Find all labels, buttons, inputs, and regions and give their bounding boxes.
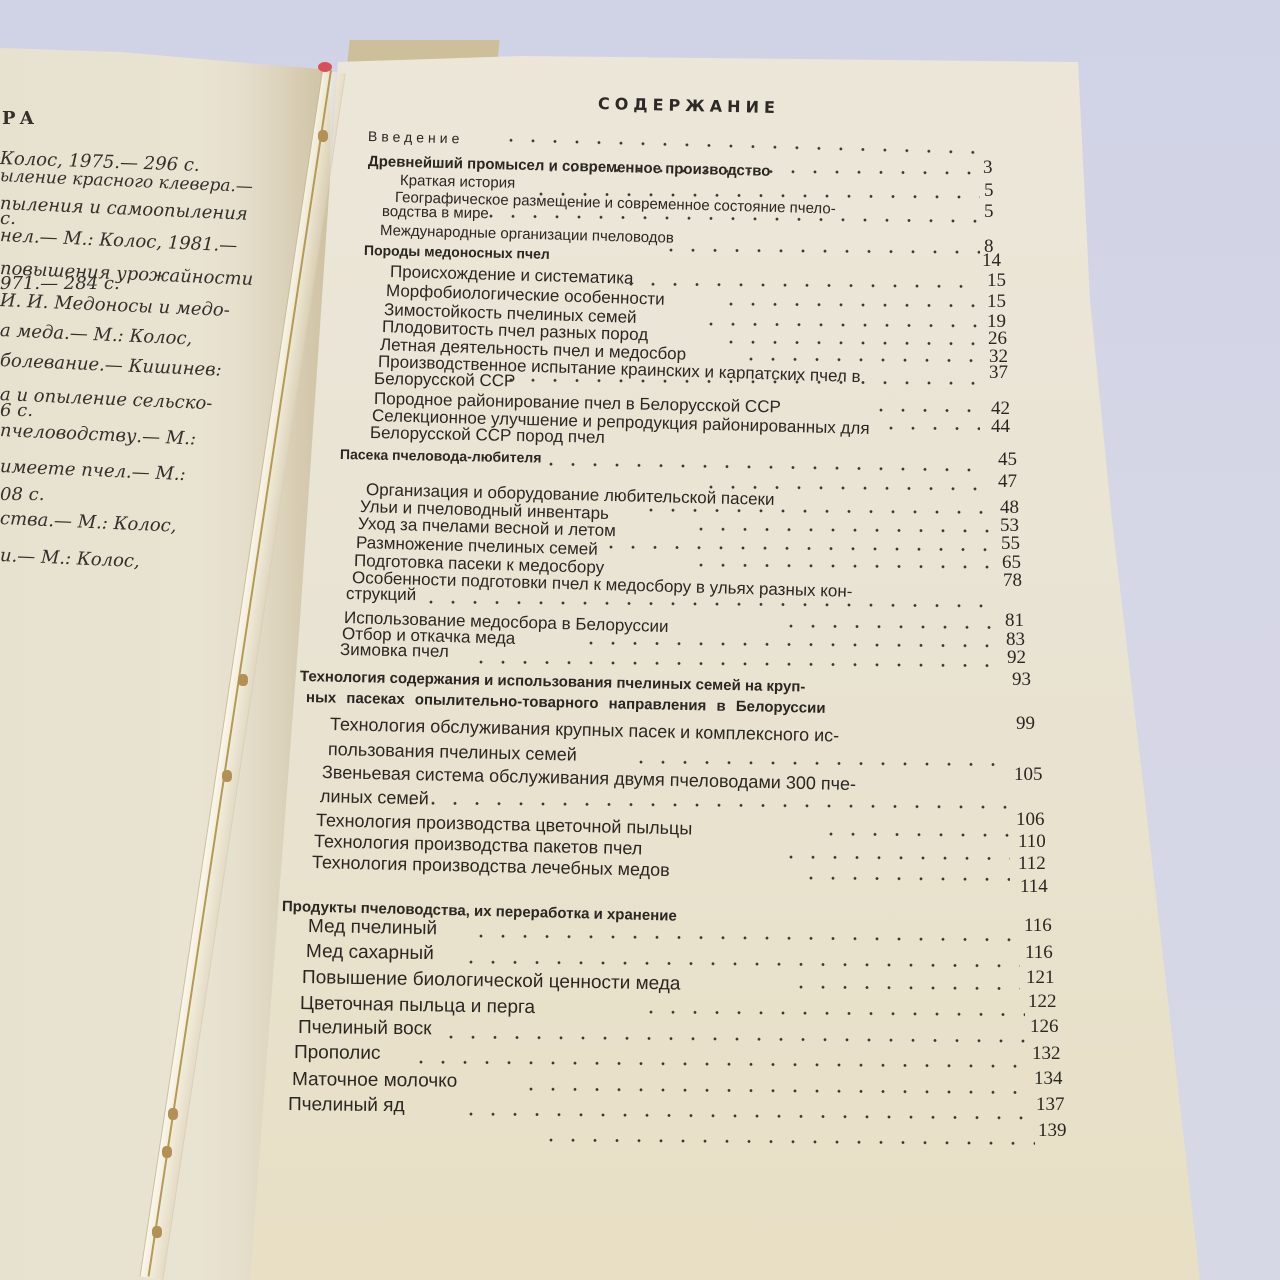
toc-page-number: 126 — [1030, 1016, 1059, 1038]
bibliography-line: пчеловодству.— М.: — [0, 420, 196, 450]
bibliography-line: имеете пчел.— М.: — [0, 456, 186, 485]
toc-page-number: 14 — [982, 250, 1001, 272]
toc-page-number: 5 — [984, 180, 994, 202]
toc-entry-section[interactable]: Пчелиный яд — [288, 1094, 405, 1117]
toc-entry-section[interactable]: Маточное молочко — [292, 1069, 458, 1093]
toc-page-number: 5 — [984, 201, 994, 223]
toc-page-number: 116 — [1025, 942, 1053, 964]
bibliography-line: и.— М.: Колос, — [0, 545, 140, 572]
toc-entry-continuation: линых семей — [320, 786, 429, 809]
toc-page-number: 137 — [1036, 1094, 1065, 1116]
toc-entry-continuation: водства в мире — [382, 203, 489, 222]
toc-entry-section[interactable]: Зимовка пчел — [340, 640, 449, 662]
toc-page-number: 15 — [987, 270, 1006, 292]
toc-page-number: 47 — [998, 471, 1017, 493]
bibliography-line: ства.— М.: Колос, — [0, 508, 177, 537]
bibliography-line: 08 с. — [0, 484, 44, 505]
toc-page-number: 99 — [1016, 713, 1035, 735]
toc-page-number: 110 — [1018, 831, 1046, 853]
toc-page-number: 37 — [989, 362, 1008, 384]
bibliography-line: болевание.— Кишинев: — [0, 350, 222, 381]
toc-entry-section[interactable]: Мед пчелиный — [308, 916, 438, 940]
leader-dots — [880, 426, 980, 431]
toc-entry-section[interactable]: Мед сахарный — [306, 941, 434, 965]
bibliography-line: ыление красного клевера.— — [0, 166, 253, 197]
toc-entry-section[interactable]: Прополис — [294, 1042, 381, 1065]
toc-page-number: 139 — [1038, 1120, 1067, 1142]
left-page-text: РА Колос, 1975.— 296 с. ыление красного … — [0, 0, 330, 1280]
bibliography-line: И. И. Медоносы и медо- — [0, 290, 230, 321]
toc-page-number: 93 — [1012, 669, 1031, 691]
bibliography-heading: РА — [2, 108, 38, 129]
toc-page-number: 132 — [1032, 1043, 1061, 1065]
toc-page-number: 134 — [1034, 1068, 1063, 1090]
toc-page-number: 114 — [1020, 876, 1048, 898]
toc-page-number: 44 — [991, 416, 1010, 438]
toc-entry-intro[interactable]: Введение — [368, 128, 464, 146]
toc-entry-section[interactable]: Пчелиный воск — [298, 1017, 432, 1040]
toc-page-number: 92 — [1007, 647, 1026, 669]
toc-page-number: 122 — [1028, 991, 1057, 1013]
toc-page-number: 78 — [1003, 570, 1022, 592]
bibliography-line: а меда.— М.: Колос, — [0, 320, 193, 349]
bibliography-line: 6 с. — [0, 400, 33, 421]
toc-page-number: 112 — [1018, 853, 1046, 875]
toc-page-number: 15 — [987, 291, 1006, 313]
leader-dots — [870, 408, 980, 413]
toc-page-number: 121 — [1026, 967, 1055, 989]
toc-page-number: 3 — [983, 157, 993, 179]
bibliography-line: пыления и самоопыления — [0, 193, 248, 225]
bibliography-line: нел.— М.: Колос, 1981.— — [0, 225, 238, 256]
toc-entry-continuation: Белорусской ССР — [374, 369, 516, 391]
toc-page-number: 105 — [1014, 764, 1043, 786]
toc-page-number: 116 — [1024, 915, 1052, 937]
toc-entry-section[interactable]: Цветочная пыльца и перга — [300, 993, 535, 1019]
toc-page-number: 106 — [1016, 809, 1045, 831]
toc-page-number: 45 — [998, 449, 1017, 471]
toc-entry-continuation: струкций — [346, 584, 417, 605]
